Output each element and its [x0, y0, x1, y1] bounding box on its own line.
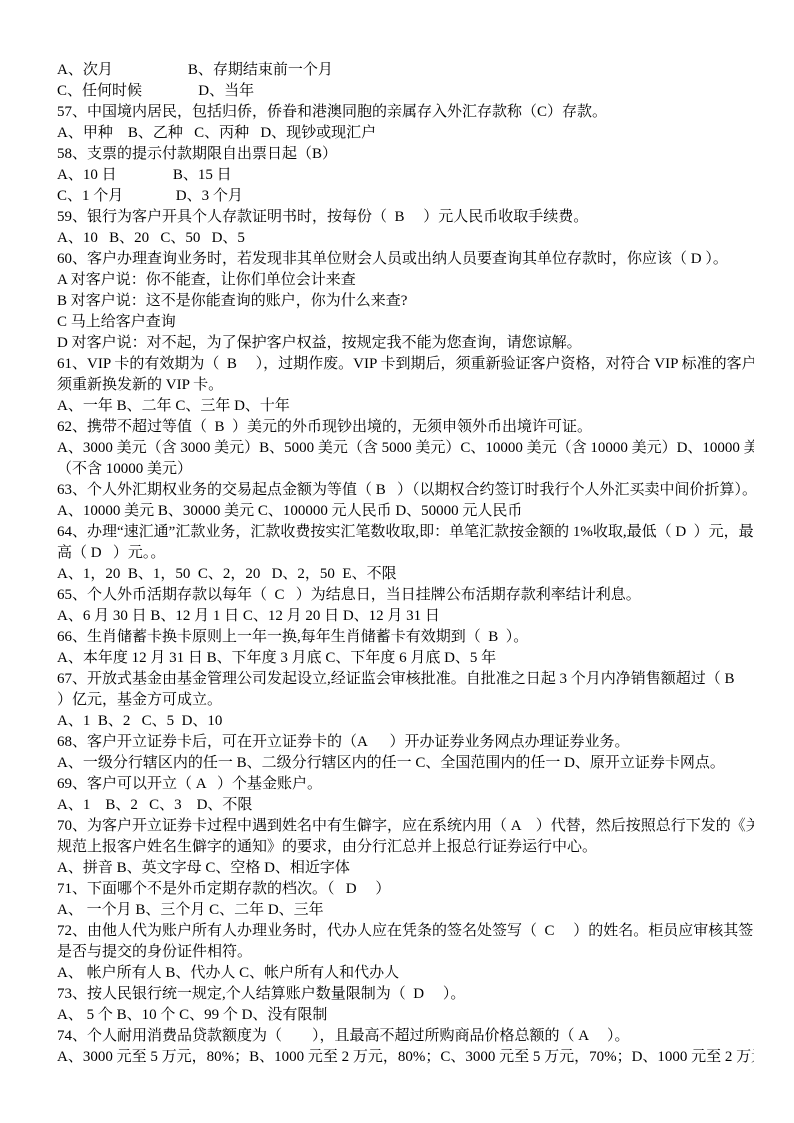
text-line: A、1 B、2 C、5 D、10 [57, 711, 754, 732]
text-line: 60、客户办理查询业务时，若发现非其单位财会人员或出纳人员要查询其单位存款时，你… [57, 249, 754, 270]
text-line: 高（ D ）元。。 [57, 543, 754, 564]
text-line: 74、个人耐用消费品贷款额度为（ ），且最高不超过所购商品价格总额的（ A ）。 [57, 1026, 754, 1047]
text-line: 66、生肖储蓄卡换卡原则上一年一换,每年生肖储蓄卡有效期到（ B ）。 [57, 627, 754, 648]
text-line: 须重新换发新的 VIP 卡。 [57, 375, 754, 396]
text-line: 是否与提交的身份证件相符。 [57, 942, 754, 963]
text-line: A、 帐户所有人 B、代办人 C、帐户所有人和代办人 [57, 963, 754, 984]
text-line: A、10 日 B、15 日 [57, 165, 754, 186]
text-line: A、一年 B、二年 C、三年 D、十年 [57, 396, 754, 417]
text-line: C、任何时候 D、当年 [57, 81, 754, 102]
text-line: 65、个人外币活期存款以每年（ C ）为结息日，当日挂牌公布活期存款利率结计利息… [57, 585, 754, 606]
text-line: A、10 B、20 C、50 D、5 [57, 228, 754, 249]
text-line: 57、中国境内居民，包括归侨，侨眷和港澳同胞的亲属存入外汇存款称（C）存款。 [57, 102, 754, 123]
text-line: A、 一个月 B、三个月 C、二年 D、三年 [57, 900, 754, 921]
text-line: 71、下面哪个不是外币定期存款的档次。（ D ） [57, 879, 754, 900]
text-line: A、1 B、2 C、3 D、不限 [57, 795, 754, 816]
text-line: 70、为客户开立证券卡过程中遇到姓名中有生僻字，应在系统内用（ A ）代替，然后… [57, 816, 754, 837]
question-list: A、次月 B、存期结束前一个月C、任何时候 D、当年57、中国境内居民，包括归侨… [57, 60, 754, 1068]
text-line: （不含 10000 美元） [57, 459, 754, 480]
text-line: 68、客户开立证券卡后，可在开立证券卡的（A ）开办证券业务网点办理证券业务。 [57, 732, 754, 753]
text-line: 72、由他人代为账户所有人办理业务时，代办人应在凭条的签名处签写（ C ）的姓名… [57, 921, 754, 942]
text-line: 73、按人民银行统一规定,个人结算账户数量限制为（ D ）。 [57, 984, 754, 1005]
text-line: 规范上报客户姓名生僻字的通知》的要求，由分行汇总并上报总行证券运行中心。 [57, 837, 754, 858]
text-line: C、1 个月 D、3 个月 [57, 186, 754, 207]
text-line: A、3000 美元（含 3000 美元）B、5000 美元（含 5000 美元）… [57, 438, 754, 459]
text-line: A、1，20 B、1，50 C、2，20 D、2，50 E、不限 [57, 564, 754, 585]
text-line: 58、支票的提示付款期限自出票日起（B） [57, 144, 754, 165]
text-line: A、6 月 30 日 B、12 月 1 日 C、12 月 20 日 D、12 月… [57, 606, 754, 627]
text-line: 63、个人外汇期权业务的交易起点金额为等值（ B ）（以期权合约签订时我行个人外… [57, 480, 754, 501]
text-line: A 对客户说：你不能查，让你们单位会计来查 [57, 270, 754, 291]
text-line: ）亿元，基金方可成立。 [57, 690, 754, 711]
text-line: A、10000 美元 B、30000 美元 C、100000 元人民币 D、50… [57, 501, 754, 522]
text-line: A、次月 B、存期结束前一个月 [57, 60, 754, 81]
text-line: A、一级分行辖区内的任一 B、二级分行辖区内的任一 C、全国范围内的任一 D、原… [57, 753, 754, 774]
text-line: A、拼音 B、英文字母 C、空格 D、相近字体 [57, 858, 754, 879]
text-line: 64、办理“速汇通”汇款业务，汇款收费按实汇笔数收取,即：单笔汇款按金额的 1%… [57, 522, 754, 543]
document-page: A、次月 B、存期结束前一个月C、任何时候 D、当年57、中国境内居民，包括归侨… [0, 0, 794, 1123]
text-line: 61、VIP 卡的有效期为（ B ），过期作废。VIP 卡到期后，须重新验证客户… [57, 354, 754, 375]
text-line: 69、客户可以开立（ A ）个基金账户。 [57, 774, 754, 795]
text-line: C 马上给客户查询 [57, 312, 754, 333]
text-line: A、3000 元至 5 万元，80%；B、1000 元至 2 万元，80%；C、… [57, 1047, 754, 1068]
text-line: D 对客户说：对不起，为了保护客户权益，按规定我不能为您查询，请您谅解。 [57, 333, 754, 354]
text-line: A、 5 个 B、10 个 C、99 个 D、没有限制 [57, 1005, 754, 1026]
text-line: A、甲种 B、乙种 C、丙种 D、现钞或现汇户 [57, 123, 754, 144]
text-line: B 对客户说：这不是你能查询的账户，你为什么来查? [57, 291, 754, 312]
text-line: 67、开放式基金由基金管理公司发起设立,经证监会审核批准。自批准之日起 3 个月… [57, 669, 754, 690]
text-line: 59、银行为客户开具个人存款证明书时，按每份（ B ）元人民币收取手续费。 [57, 207, 754, 228]
text-line: 62、携带不超过等值（ B ）美元的外币现钞出境的，无须申领外币出境许可证。 [57, 417, 754, 438]
text-line: A、本年度 12 月 31 日 B、下年度 3 月底 C、下年度 6 月底 D、… [57, 648, 754, 669]
